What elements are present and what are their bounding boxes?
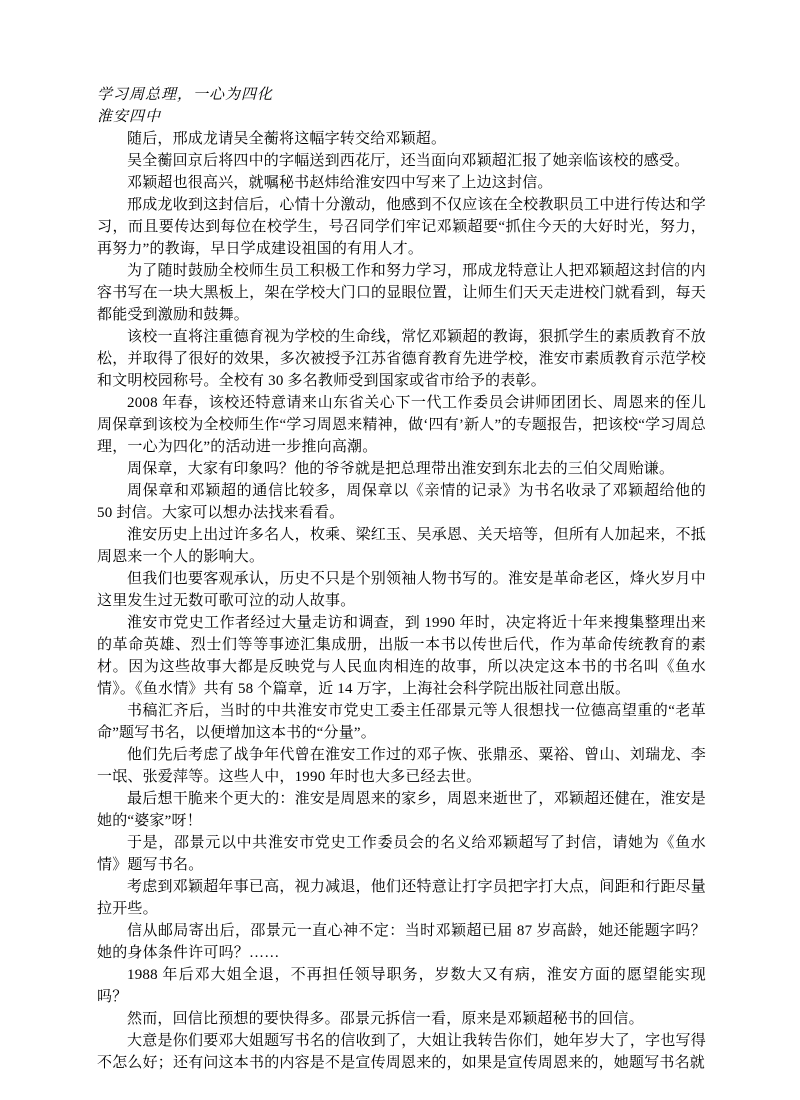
- paragraph: 于是，邵景元以中共淮安市党史工作委员会的名义给邓颖超写了封信，请她为《鱼水情》题…: [97, 832, 706, 876]
- paragraph: 吴全蘅回京后将四中的字幅送到西花厅，还当面向邓颖超汇报了她亲临该校的感受。: [97, 150, 706, 172]
- paragraph: 1988 年后邓大姐全退，不再担任领导职务，岁数大又有病，淮安方面的愿望能实现吗…: [97, 964, 706, 1008]
- paragraph: 大意是你们要邓大姐题写书名的信收到了，大姐让我转告你们，她年岁大了，字也写得不怎…: [97, 1030, 706, 1074]
- paragraph: 邢成龙收到这封信后，心情十分激动，他感到不仅应该在全校教职员工中进行传达和学习，…: [97, 194, 706, 260]
- paragraph: 为了随时鼓励全校师生员工积极工作和努力学习，邢成龙特意让人把邓颖超这封信的内容书…: [97, 260, 706, 326]
- paragraph: 最后想干脆来个更大的：淮安是周恩来的家乡，周恩来逝世了，邓颖超还健在，淮安是她的…: [97, 788, 706, 832]
- paragraph: 邓颖超也很高兴，就嘱秘书赵炜给淮安四中写来了上边这封信。: [97, 172, 706, 194]
- document-body: 随后，邢成龙请吴全蘅将这幅字转交给邓颖超。 吴全蘅回京后将四中的字幅送到西花厅，…: [97, 128, 706, 1074]
- paragraph: 周保章和邓颖超的通信比较多，周保章以《亲情的记录》为书名收录了邓颖超给他的 50…: [97, 480, 706, 524]
- document-subtitle: 淮安四中: [97, 106, 706, 128]
- paragraph: 该校一直将注重德育视为学校的生命线，常忆邓颖超的教诲，狠抓学生的素质教育不放松，…: [97, 326, 706, 392]
- paragraph: 信从邮局寄出后，邵景元一直心神不定：当时邓颖超已届 87 岁高龄，她还能题字吗？…: [97, 920, 706, 964]
- paragraph: 但我们也要客观承认，历史不只是个别领袖人物书写的。淮安是革命老区，烽火岁月中这里…: [97, 568, 706, 612]
- paragraph: 周保章，大家有印象吗？他的爷爷就是把总理带出淮安到东北去的三伯父周贻谦。: [97, 458, 706, 480]
- paragraph: 2008 年春，该校还特意请来山东省关心下一代工作委员会讲师团团长、周恩来的侄儿…: [97, 392, 706, 458]
- paragraph: 他们先后考虑了战争年代曾在淮安工作过的邓子恢、张鼎丞、粟裕、曾山、刘瑞龙、李一氓…: [97, 744, 706, 788]
- paragraph: 淮安市党史工作者经过大量走访和调查，到 1990 年时，决定将近十年来搜集整理出…: [97, 612, 706, 700]
- paragraph: 书稿汇齐后，当时的中共淮安市党史工委主任邵景元等人很想找一位德高望重的“老革命”…: [97, 700, 706, 744]
- paragraph: 淮安历史上出过许多名人，枚乘、梁红玉、吴承恩、关天培等，但所有人加起来，不抵周恩…: [97, 524, 706, 568]
- document-page: 学习周总理，一心为四化 淮安四中 随后，邢成龙请吴全蘅将这幅字转交给邓颖超。 吴…: [0, 0, 800, 1100]
- paragraph: 然而，回信比预想的要快得多。邵景元拆信一看，原来是邓颖超秘书的回信。: [97, 1008, 706, 1030]
- document-title: 学习周总理，一心为四化: [97, 84, 706, 106]
- paragraph: 考虑到邓颖超年事已高，视力减退，他们还特意让打字员把字打大点，间距和行距尽量拉开…: [97, 876, 706, 920]
- paragraph: 随后，邢成龙请吴全蘅将这幅字转交给邓颖超。: [97, 128, 706, 150]
